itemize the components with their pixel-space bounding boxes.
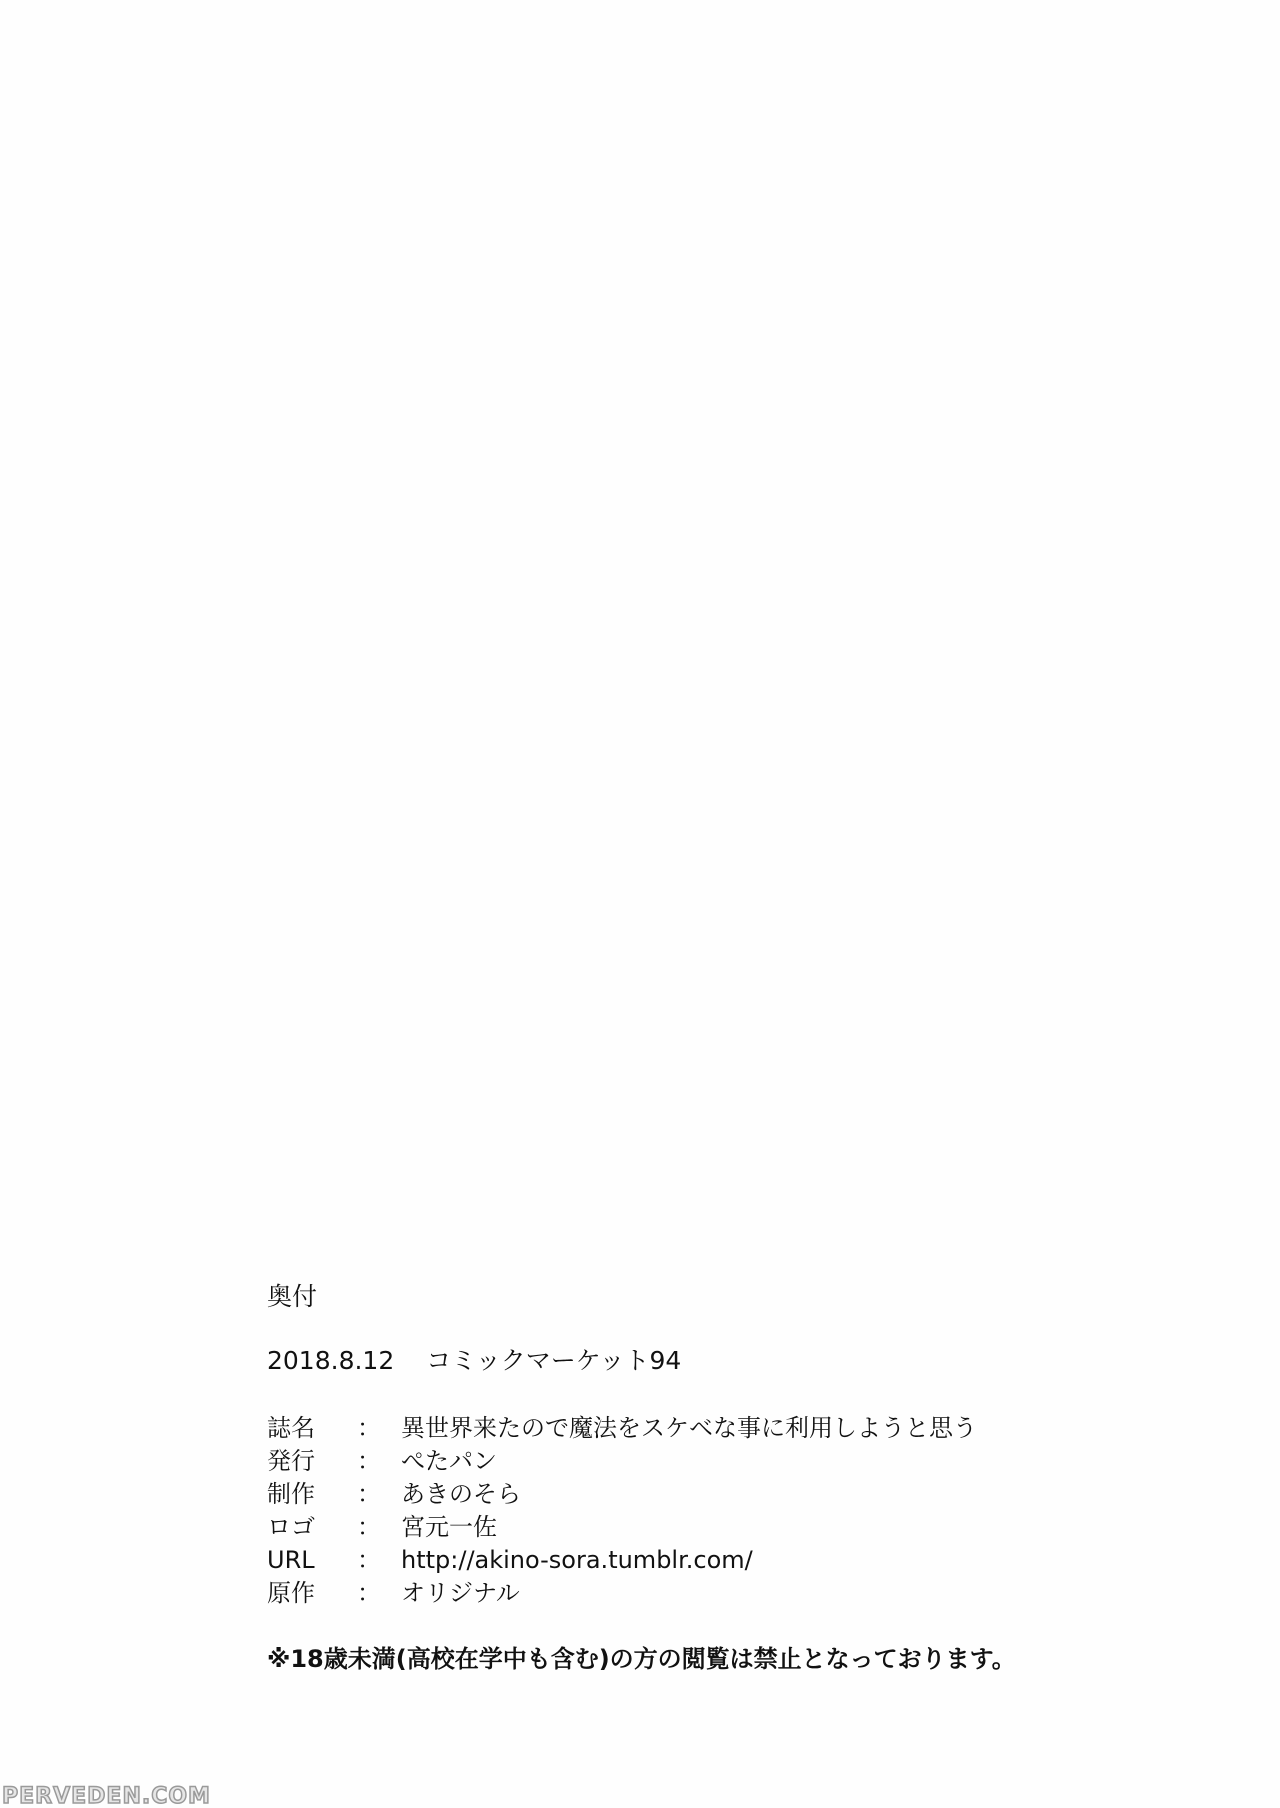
event-name: コミックマーケット94 xyxy=(426,1346,681,1375)
info-label: ロゴ xyxy=(267,1511,347,1544)
info-value: 異世界来たので魔法をスケベな事に利用しようと思う xyxy=(401,1412,977,1445)
info-separator: ： xyxy=(357,1511,373,1544)
info-separator: ： xyxy=(357,1412,373,1445)
colophon-heading: 奥付 xyxy=(267,1280,317,1314)
info-separator: ： xyxy=(357,1577,373,1610)
info-value: あきのそら xyxy=(401,1478,521,1511)
info-value: ぺたパン xyxy=(401,1445,497,1478)
info-separator: ： xyxy=(357,1445,373,1478)
info-label: 制作 xyxy=(267,1478,347,1511)
info-separator: ： xyxy=(357,1544,373,1577)
info-label: 原作 xyxy=(267,1577,347,1610)
document-page: 奥付 2018.8.12コミックマーケット94 誌名 ： 異世界来たので魔法をス… xyxy=(0,0,1280,1808)
publication-date-line: 2018.8.12コミックマーケット94 xyxy=(267,1344,681,1378)
site-watermark: PERVEDEN.COM xyxy=(2,1785,211,1808)
info-label: 発行 xyxy=(267,1445,347,1478)
info-label: 誌名 xyxy=(267,1412,347,1445)
info-value-url: http://akino-sora.tumblr.com/ xyxy=(401,1544,753,1577)
publication-date: 2018.8.12 xyxy=(267,1346,394,1375)
info-separator: ： xyxy=(357,1478,373,1511)
age-restriction-notice: ※18歳未満(高校在学中も含む)の方の閲覧は禁止となっております。 xyxy=(267,1642,1016,1676)
info-value: 宮元一佐 xyxy=(401,1511,497,1544)
info-label: URL xyxy=(267,1544,347,1577)
info-value: オリジナル xyxy=(401,1577,520,1610)
